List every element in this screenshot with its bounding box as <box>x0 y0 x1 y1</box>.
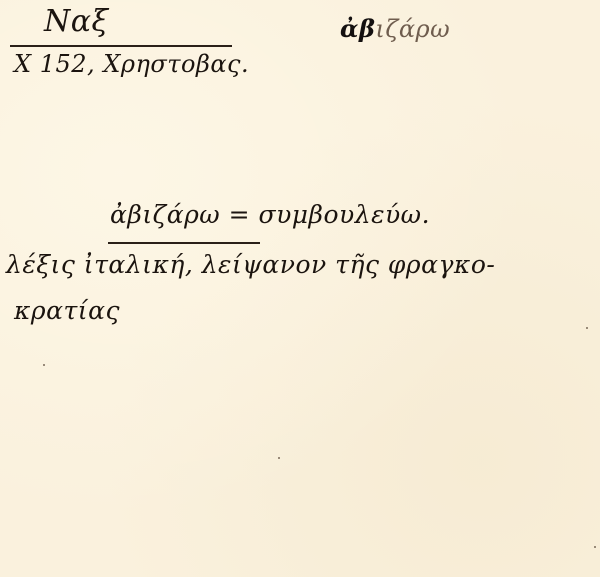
entry-line-1: ἀβιζάρω = συμβουλεύω. <box>110 200 430 229</box>
corner-headword: ἀβιζάρω <box>340 14 450 43</box>
paper-speck <box>43 364 45 366</box>
reference-line: Χ 152, Χρηστοβας. <box>14 50 249 78</box>
equals-sign: = <box>229 200 250 229</box>
index-card: Nαξ Χ 152, Χρηστοβας. ἀβιζάρω ἀβιζάρω = … <box>0 0 600 577</box>
corner-pencil-text: ιζάρω <box>375 15 450 43</box>
entry-note-line-1: λέξις ἰταλική, λείψανον τῆς φραγκο- <box>6 250 495 279</box>
paper-speck <box>586 327 588 329</box>
entry-headword: ἀβιζάρω <box>110 200 220 229</box>
paper-speck <box>594 546 596 548</box>
header-divider <box>10 45 232 47</box>
entry-note-line-2: κρατίας <box>14 296 120 325</box>
location-code: Nαξ <box>44 4 109 39</box>
corner-stamp-prefix: ἀβ <box>340 14 375 43</box>
entry-definition: συμβουλεύω. <box>259 200 431 229</box>
paper-speck <box>278 457 280 459</box>
headword-underline <box>108 242 260 244</box>
